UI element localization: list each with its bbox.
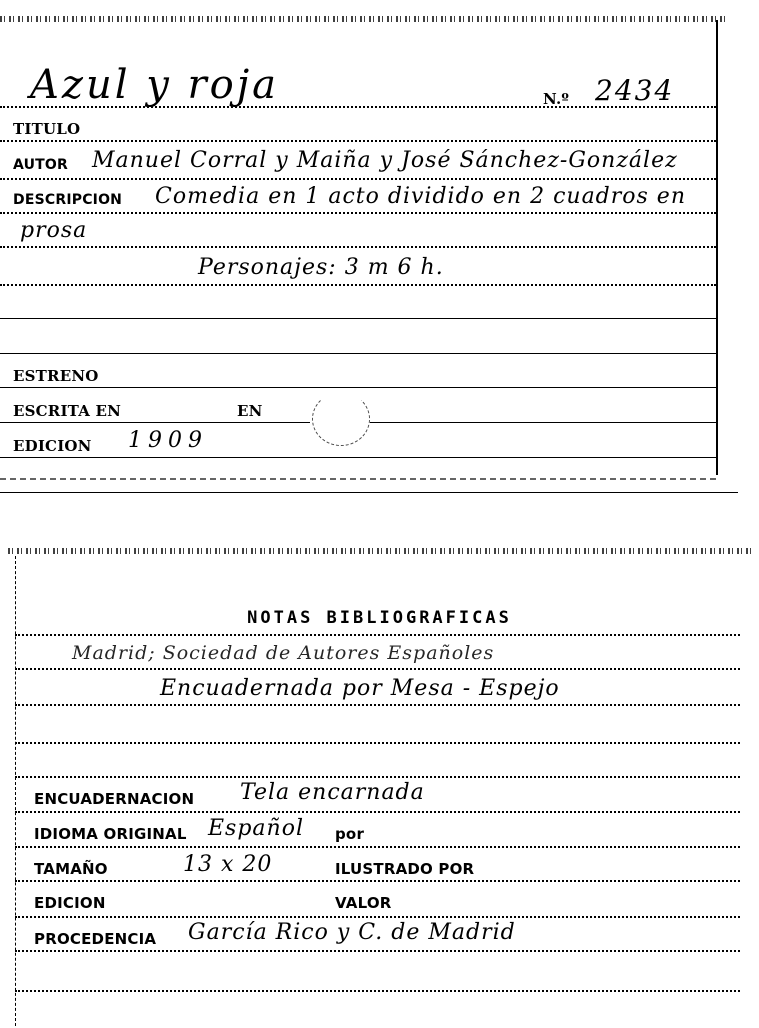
- rule-line: [15, 811, 740, 813]
- tamano-value: 13 x 20: [183, 852, 272, 877]
- idioma-label: IDIOMA ORIGINAL: [34, 825, 187, 843]
- rule-line: [15, 880, 740, 882]
- notas-line1: Madrid; Sociedad de Autores Españoles: [72, 642, 494, 664]
- procedencia-value: García Rico y C. de Madrid: [188, 920, 516, 945]
- rule-line: [15, 846, 740, 848]
- notas-line2: Encuadernada por Mesa - Espejo: [160, 676, 560, 701]
- por-label: por: [335, 825, 364, 843]
- encuadernacion-value: Tela encarnada: [240, 780, 425, 805]
- tamano-label: TAMAÑO: [34, 860, 108, 878]
- rule-line: [15, 916, 740, 918]
- card-bottom-edge: [0, 492, 738, 493]
- idioma-value: Español: [208, 816, 304, 841]
- card-top-edge: [8, 548, 751, 554]
- ilustrado-label: ILUSTRADO POR: [335, 860, 474, 878]
- valor-label: VALOR: [335, 894, 392, 912]
- notas-heading: NOTAS BIBLIOGRAFICAS: [0, 608, 759, 628]
- rule-line: [15, 668, 740, 670]
- procedencia-label: PROCEDENCIA: [34, 930, 156, 948]
- rule-line: [15, 704, 740, 706]
- encuadernacion-label: ENCUADERNACION: [34, 790, 194, 808]
- edicion-back-label: EDICION: [34, 894, 106, 912]
- rule-line: [15, 742, 740, 744]
- rule-line: [15, 990, 740, 992]
- rule-line: [15, 776, 740, 778]
- rule-line: [15, 634, 740, 636]
- catalog-card-back: NOTAS BIBLIOGRAFICAS Madrid; Sociedad de…: [0, 0, 759, 488]
- rule-line: [15, 950, 740, 952]
